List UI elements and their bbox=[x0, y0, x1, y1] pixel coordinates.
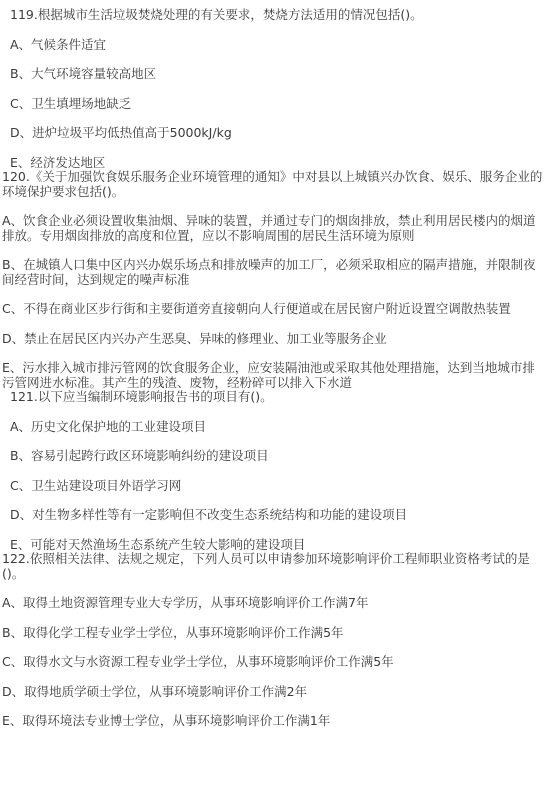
question-122: 122.依照相关法律、法规之规定，下列人员可以申请参加环境影响评价工程师职业资格… bbox=[2, 552, 544, 729]
question-119-option-b: B、大气环境容量较高地区 bbox=[10, 67, 544, 82]
question-122-text: 122.依照相关法律、法规之规定，下列人员可以申请参加环境影响评价工程师职业资格… bbox=[2, 552, 544, 581]
question-120-option-c: C、不得在商业区步行街和主要街道旁直接朝向人行便道或在居民窗户附近设置空调散热装… bbox=[2, 302, 544, 317]
question-121-option-d: D、对生物多样性等有一定影响但不改变生态系统结构和功能的建设项目 bbox=[10, 508, 544, 523]
question-120-option-d: D、禁止在居民区内兴办产生恶臭、异味的修理业、加工业等服务企业 bbox=[2, 332, 544, 347]
question-119: 119.根据城市生活垃圾焚烧处理的有关要求，焚烧方法适用的情况包括()。 A、气… bbox=[2, 8, 544, 170]
question-122-option-b: B、取得化学工程专业学士学位，从事环境影响评价工作满5年 bbox=[2, 626, 544, 641]
question-122-option-c: C、取得水文与水资源工程专业学士学位，从事环境影响评价工作满5年 bbox=[2, 655, 544, 670]
question-120-option-b: B、在城镇人口集中区内兴办娱乐场点和排放噪声的加工厂，必须采取相应的隔声措施，并… bbox=[2, 258, 544, 287]
question-119-option-d: D、进炉垃圾平均低热值高于5000kJ/kg bbox=[10, 126, 544, 141]
question-121-option-b: B、容易引起跨行政区环境影响纠纷的建设项目 bbox=[10, 449, 544, 464]
question-122-option-d: D、取得地质学硕士学位，从事环境影响评价工作满2年 bbox=[2, 685, 544, 700]
question-122-option-e: E、取得环境法专业博士学位，从事环境影响评价工作满1年 bbox=[2, 714, 544, 729]
question-121-text: 121.以下应当编制环境影响报告书的项目有()。 bbox=[10, 390, 544, 405]
question-120-text: 120.《关于加强饮食娱乐服务企业环境管理的通知》中对县以上城镇兴办饮食、娱乐、… bbox=[2, 170, 544, 199]
question-120-option-e: E、污水排入城市排污管网的饮食服务企业，应安装隔油池或采取其他处理措施，达到当地… bbox=[2, 361, 544, 390]
question-121: 121.以下应当编制环境影响报告书的项目有()。 A、历史文化保护地的工业建设项… bbox=[2, 390, 544, 552]
question-121-option-a: A、历史文化保护地的工业建设项目 bbox=[10, 420, 544, 435]
question-119-text: 119.根据城市生活垃圾焚烧处理的有关要求，焚烧方法适用的情况包括()。 bbox=[10, 8, 544, 23]
question-119-option-a: A、气候条件适宜 bbox=[10, 38, 544, 53]
question-119-option-e: E、经济发达地区 bbox=[10, 156, 544, 171]
exam-page: 119.根据城市生活垃圾焚烧处理的有关要求，焚烧方法适用的情况包括()。 A、气… bbox=[2, 8, 544, 729]
question-120: 120.《关于加强饮食娱乐服务企业环境管理的通知》中对县以上城镇兴办饮食、娱乐、… bbox=[2, 170, 544, 390]
question-120-option-a: A、饮食企业必须设置收集油烟、异味的装置，并通过专门的烟囱排放，禁止利用居民楼内… bbox=[2, 214, 544, 243]
question-119-option-c: C、卫生填埋场地缺乏 bbox=[10, 97, 544, 112]
question-121-option-c: C、卫生站建设项目外语学习网 bbox=[10, 479, 544, 494]
question-121-option-e: E、可能对天然渔场生态系统产生较大影响的建设项目 bbox=[10, 538, 544, 553]
question-122-option-a: A、取得土地资源管理专业大专学历，从事环境影响评价工作满7年 bbox=[2, 596, 544, 611]
